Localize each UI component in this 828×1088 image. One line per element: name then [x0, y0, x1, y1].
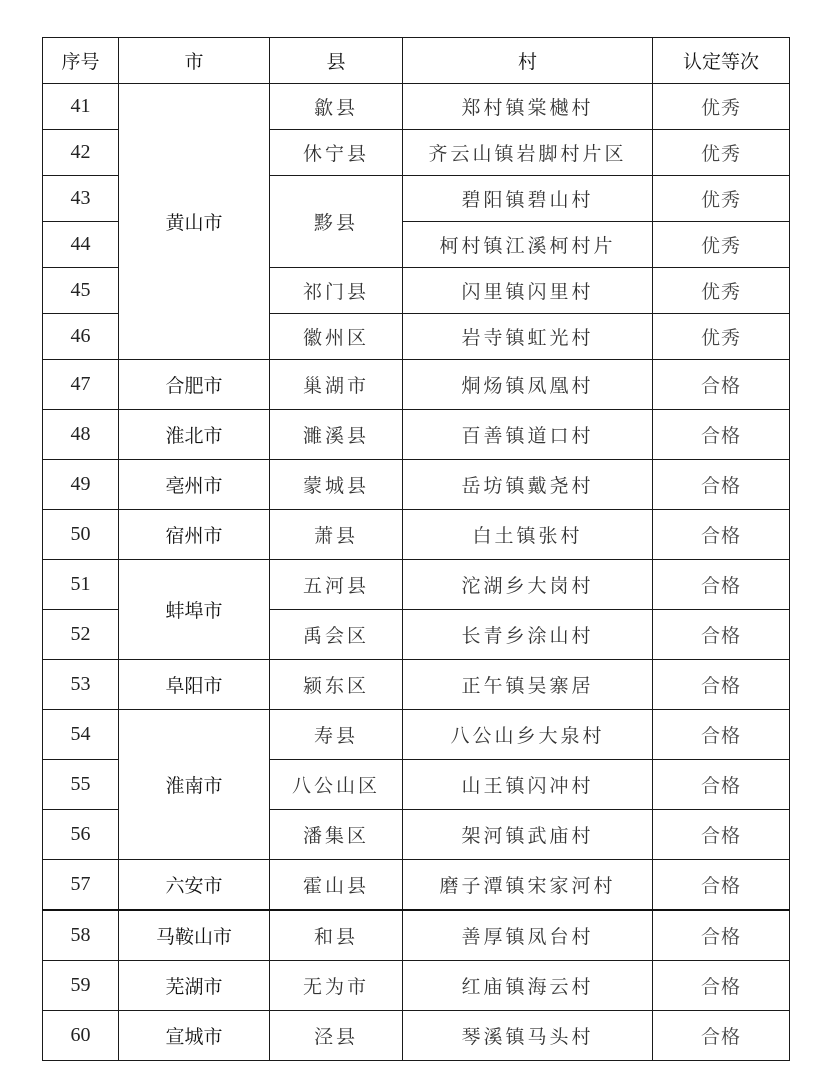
table-header: 序号 市 县 村 认定等次 [43, 38, 790, 84]
cell-village: 红庙镇海云村 [403, 961, 653, 1011]
table-row: 50 宿州市 萧县 白土镇张村 合格 [43, 510, 790, 560]
cell-county: 蒙城县 [270, 460, 403, 510]
village-roster-table: 序号 市 县 村 认定等次 41 黄山市 歙县 郑村镇棠樾村 优秀 42 休宁县… [42, 37, 790, 1061]
cell-grade: 合格 [653, 910, 790, 961]
cell-grade: 合格 [653, 360, 790, 410]
cell-no: 53 [43, 660, 119, 710]
cell-village: 架河镇武庙村 [403, 810, 653, 860]
cell-county: 五河县 [270, 560, 403, 610]
cell-grade: 合格 [653, 660, 790, 710]
table-row: 60 宣城市 泾县 琴溪镇马头村 合格 [43, 1011, 790, 1061]
cell-city: 马鞍山市 [119, 910, 270, 961]
table-row: 59 芜湖市 无为市 红庙镇海云村 合格 [43, 961, 790, 1011]
cell-city: 合肥市 [119, 360, 270, 410]
cell-grade: 合格 [653, 860, 790, 911]
cell-county: 黟县 [270, 176, 403, 268]
cell-grade: 合格 [653, 460, 790, 510]
cell-no: 55 [43, 760, 119, 810]
cell-county: 潘集区 [270, 810, 403, 860]
cell-grade: 优秀 [653, 84, 790, 130]
cell-county: 和县 [270, 910, 403, 961]
cell-no: 47 [43, 360, 119, 410]
cell-county: 祁门县 [270, 268, 403, 314]
cell-village: 沱湖乡大岗村 [403, 560, 653, 610]
cell-county: 八公山区 [270, 760, 403, 810]
table-row: 58 马鞍山市 和县 善厚镇凤台村 合格 [43, 910, 790, 961]
cell-grade: 合格 [653, 810, 790, 860]
cell-village: 岳坊镇戴尧村 [403, 460, 653, 510]
cell-no: 52 [43, 610, 119, 660]
cell-city: 亳州市 [119, 460, 270, 510]
cell-grade: 合格 [653, 560, 790, 610]
cell-county: 泾县 [270, 1011, 403, 1061]
table-row: 49 亳州市 蒙城县 岳坊镇戴尧村 合格 [43, 460, 790, 510]
cell-village: 烔炀镇凤凰村 [403, 360, 653, 410]
cell-city: 宣城市 [119, 1011, 270, 1061]
cell-county: 濉溪县 [270, 410, 403, 460]
cell-county: 萧县 [270, 510, 403, 560]
cell-county: 歙县 [270, 84, 403, 130]
cell-city: 淮南市 [119, 710, 270, 860]
cell-grade: 优秀 [653, 222, 790, 268]
header-grade: 认定等次 [653, 38, 790, 84]
cell-no: 60 [43, 1011, 119, 1061]
cell-no: 51 [43, 560, 119, 610]
cell-village: 山王镇闪冲村 [403, 760, 653, 810]
header-village: 村 [403, 38, 653, 84]
cell-grade: 合格 [653, 760, 790, 810]
cell-county: 霍山县 [270, 860, 403, 911]
cell-no: 42 [43, 130, 119, 176]
cell-no: 50 [43, 510, 119, 560]
cell-village: 善厚镇凤台村 [403, 910, 653, 961]
cell-grade: 优秀 [653, 268, 790, 314]
header-row: 序号 市 县 村 认定等次 [43, 38, 790, 84]
table-row: 47 合肥市 巢湖市 烔炀镇凤凰村 合格 [43, 360, 790, 410]
cell-grade: 优秀 [653, 314, 790, 360]
cell-county: 休宁县 [270, 130, 403, 176]
cell-no: 49 [43, 460, 119, 510]
cell-village: 百善镇道口村 [403, 410, 653, 460]
cell-no: 41 [43, 84, 119, 130]
cell-village: 长青乡涂山村 [403, 610, 653, 660]
cell-county: 徽州区 [270, 314, 403, 360]
cell-no: 56 [43, 810, 119, 860]
cell-county: 巢湖市 [270, 360, 403, 410]
cell-grade: 优秀 [653, 176, 790, 222]
cell-city: 蚌埠市 [119, 560, 270, 660]
cell-grade: 合格 [653, 1011, 790, 1061]
cell-county: 寿县 [270, 710, 403, 760]
cell-village: 琴溪镇马头村 [403, 1011, 653, 1061]
cell-no: 57 [43, 860, 119, 911]
cell-city: 黄山市 [119, 84, 270, 360]
cell-grade: 合格 [653, 610, 790, 660]
cell-village: 柯村镇江溪柯村片 [403, 222, 653, 268]
cell-city: 淮北市 [119, 410, 270, 460]
table-row: 54 淮南市 寿县 八公山乡大泉村 合格 [43, 710, 790, 760]
cell-grade: 优秀 [653, 130, 790, 176]
header-county: 县 [270, 38, 403, 84]
cell-county: 禹会区 [270, 610, 403, 660]
cell-village: 白土镇张村 [403, 510, 653, 560]
cell-village: 正午镇吴寨居 [403, 660, 653, 710]
cell-grade: 合格 [653, 410, 790, 460]
table-body: 41 黄山市 歙县 郑村镇棠樾村 优秀 42 休宁县 齐云山镇岩脚村片区 优秀 … [43, 84, 790, 1061]
cell-grade: 合格 [653, 961, 790, 1011]
cell-village: 磨子潭镇宋家河村 [403, 860, 653, 911]
cell-no: 46 [43, 314, 119, 360]
cell-village: 八公山乡大泉村 [403, 710, 653, 760]
table-row: 57 六安市 霍山县 磨子潭镇宋家河村 合格 [43, 860, 790, 911]
header-city: 市 [119, 38, 270, 84]
cell-no: 45 [43, 268, 119, 314]
header-no: 序号 [43, 38, 119, 84]
cell-no: 44 [43, 222, 119, 268]
cell-county: 无为市 [270, 961, 403, 1011]
cell-no: 48 [43, 410, 119, 460]
cell-village: 闪里镇闪里村 [403, 268, 653, 314]
cell-grade: 合格 [653, 710, 790, 760]
cell-village: 碧阳镇碧山村 [403, 176, 653, 222]
cell-village: 郑村镇棠樾村 [403, 84, 653, 130]
cell-no: 58 [43, 910, 119, 961]
table-row: 53 阜阳市 颍东区 正午镇吴寨居 合格 [43, 660, 790, 710]
cell-no: 59 [43, 961, 119, 1011]
table-row: 51 蚌埠市 五河县 沱湖乡大岗村 合格 [43, 560, 790, 610]
cell-city: 芜湖市 [119, 961, 270, 1011]
cell-no: 43 [43, 176, 119, 222]
cell-county: 颍东区 [270, 660, 403, 710]
cell-city: 宿州市 [119, 510, 270, 560]
table-row: 48 淮北市 濉溪县 百善镇道口村 合格 [43, 410, 790, 460]
cell-city: 阜阳市 [119, 660, 270, 710]
table-row: 41 黄山市 歙县 郑村镇棠樾村 优秀 [43, 84, 790, 130]
cell-village: 岩寺镇虹光村 [403, 314, 653, 360]
cell-no: 54 [43, 710, 119, 760]
cell-village: 齐云山镇岩脚村片区 [403, 130, 653, 176]
cell-city: 六安市 [119, 860, 270, 911]
cell-grade: 合格 [653, 510, 790, 560]
